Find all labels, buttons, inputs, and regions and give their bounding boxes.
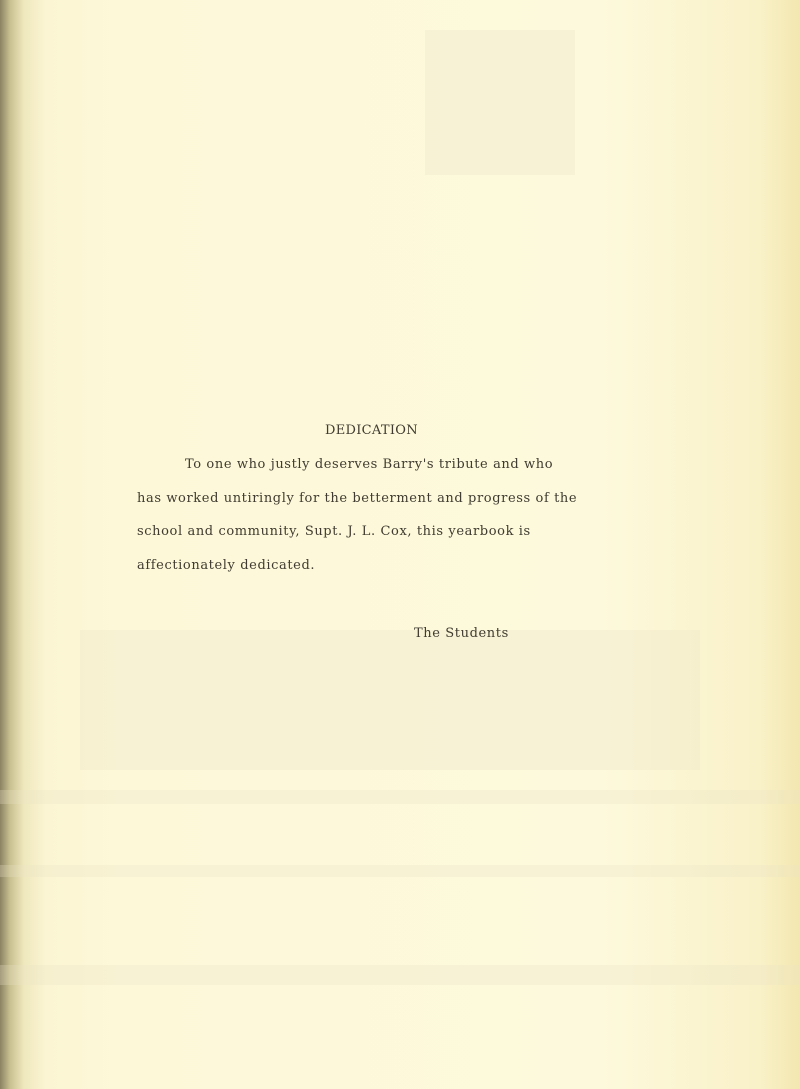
dedication-section: DEDICATION To one who justly deserves Ba… [0,0,800,1089]
dedication-title: DEDICATION [325,423,418,438]
dedication-line: affectionately dedicated. [137,558,315,573]
dedication-signature: The Students [414,626,509,641]
dedication-line: has worked untiringly for the betterment… [137,491,577,506]
dedication-line: To one who justly deserves Barry's tribu… [185,457,553,472]
dedication-line: school and community, Supt. J. L. Cox, t… [137,524,531,539]
